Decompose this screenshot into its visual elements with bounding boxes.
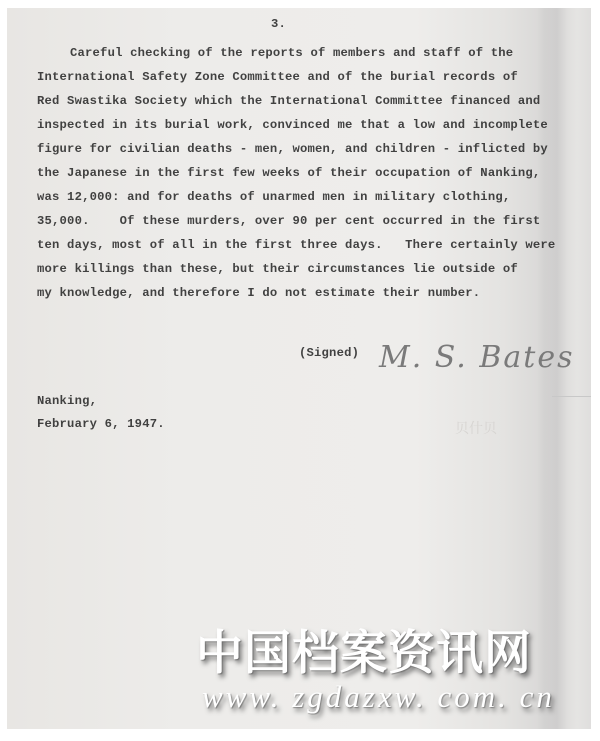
- paragraph-line: my knowledge, and therefore I do not est…: [37, 286, 480, 300]
- paragraph-line: ten days, most of all in the first three…: [37, 238, 555, 252]
- page-number: 3.: [271, 17, 286, 31]
- place-line: Nanking,: [37, 394, 97, 408]
- paragraph-line: inspected in its burial work, convinced …: [37, 118, 548, 132]
- paragraph-line: was 12,000: and for deaths of unarmed me…: [37, 190, 510, 204]
- handwritten-signature: M. S. Bates: [379, 340, 574, 375]
- watermark-url: www. zgdazxw. com. cn: [202, 680, 576, 714]
- paragraph-line: Red Swastika Society which the Internati…: [37, 94, 540, 108]
- paragraph-line: Careful checking of the reports of membe…: [70, 46, 513, 60]
- paragraph-line: the Japanese in the first few weeks of t…: [37, 166, 540, 180]
- divider-line: [552, 396, 591, 397]
- date-line: February 6, 1947.: [37, 417, 165, 431]
- watermark-title: 中国档案资讯网: [196, 628, 576, 680]
- paragraph-line: figure for civilian deaths - men, women,…: [37, 142, 548, 156]
- watermark: 中国档案资讯网 www. zgdazxw. com. cn: [196, 628, 576, 714]
- signed-label: (Signed): [299, 346, 359, 360]
- paragraph-line: 35,000. Of these murders, over 90 per ce…: [37, 214, 540, 228]
- paragraph-line: International Safety Zone Committee and …: [37, 70, 518, 84]
- faint-stamp-mark: 贝什贝: [455, 418, 497, 438]
- paragraph-line: more killings than these, but their circ…: [37, 262, 518, 276]
- document-page: 3. Careful checking of the reports of me…: [7, 8, 591, 729]
